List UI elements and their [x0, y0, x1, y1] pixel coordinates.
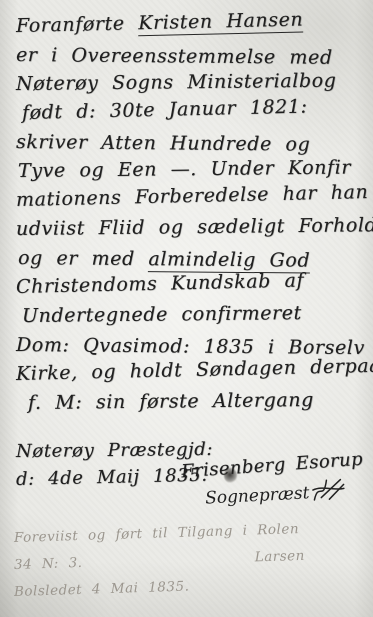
line-text: Nøterøy Sogns Ministerialbog	[16, 70, 337, 95]
line-text: skriver Atten Hundrede og	[16, 131, 310, 156]
line-text: Foranførte	[16, 12, 139, 37]
pencil-annotations: Foreviist og ført til Tilgang i Rolen 34…	[14, 525, 365, 606]
underlined-name: Kristen Hansen	[138, 8, 304, 36]
signature-block: Frisenberg Esorup Sognepræst	[181, 455, 363, 506]
ink-blot	[224, 468, 237, 483]
handwritten-line: Undertegnede confirmeret	[22, 298, 367, 331]
line-text: Tyve og Een —. Under Konfir	[18, 157, 351, 182]
signature-title-text: Sognepræst	[204, 483, 309, 508]
line-text: udviist Fliid og sædeligt Forhold	[16, 214, 373, 240]
line-text: Kirke, og holdt Søndagen derpaa	[16, 355, 373, 385]
pencil-roll-number: 34 N: 3.	[14, 550, 83, 579]
handwritten-line: udviist Fliid og sædeligt Forhold	[16, 211, 367, 244]
line-text: f. M: sin første Altergang	[28, 389, 314, 414]
line-text: Undertegnede confirmeret	[22, 302, 302, 327]
handwritten-line: f. M: sin første Altergang	[28, 385, 367, 418]
line-text: og er med	[18, 247, 149, 270]
document-page: Foranførte Kristen Hansen er i Overeenss…	[0, 0, 373, 617]
signature-title: Sognepræst	[204, 476, 345, 509]
handwritten-body: Foranførte Kristen Hansen er i Overeenss…	[16, 12, 367, 418]
signature-flourish	[310, 476, 345, 504]
line-text: født d: 30te Januar 1821:	[22, 96, 308, 124]
line-text: er i Overeensstemmelse med	[16, 44, 333, 69]
line-text: Christendoms Kundskab af	[16, 269, 305, 298]
pencil-signature: Larsen	[254, 543, 305, 572]
line-text: mationens Forberedelse har han	[16, 181, 369, 211]
handwritten-line: Foranførte Kristen Hansen	[16, 4, 368, 41]
